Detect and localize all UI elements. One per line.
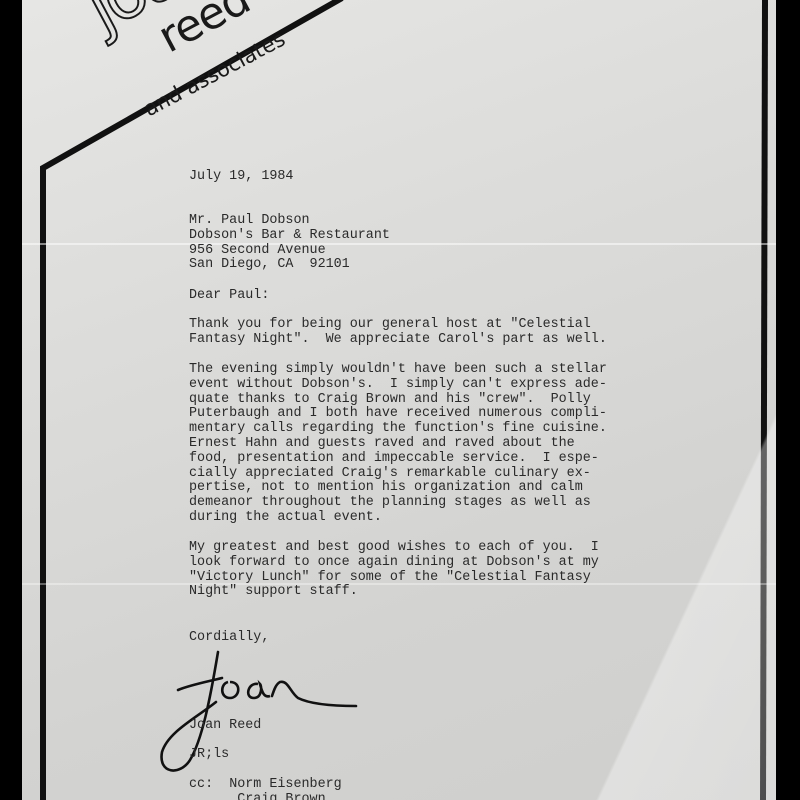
company-logo: joan reed and associates: [62, 0, 322, 130]
cc-list: cc: Norm Eisenberg Craig Brown: [189, 778, 342, 800]
recipient-address: Mr. Paul DobsonDobson's Bar & Restaurant…: [189, 214, 390, 273]
recipient-name: Mr. Paul Dobson: [189, 214, 390, 229]
typed-signature-name: Joan Reed: [189, 719, 261, 734]
letter-date: July 19, 1984: [189, 170, 293, 185]
recipient-company: Dobson's Bar & Restaurant: [189, 229, 390, 244]
cc-label: cc:: [189, 777, 213, 792]
body-paragraph-3: My greatest and best good wishes to each…: [189, 541, 599, 600]
handwritten-signature: [150, 640, 380, 780]
salutation: Dear Paul:: [189, 289, 269, 304]
recipient-city: San Diego, CA 92101: [189, 258, 390, 273]
recipient-street: 956 Second Avenue: [189, 244, 390, 259]
reference-initials: JR;ls: [189, 748, 229, 763]
body-paragraph-2: The evening simply wouldn't have been su…: [189, 363, 607, 526]
body-paragraph-1: Thank you for being our general host at …: [189, 318, 607, 348]
